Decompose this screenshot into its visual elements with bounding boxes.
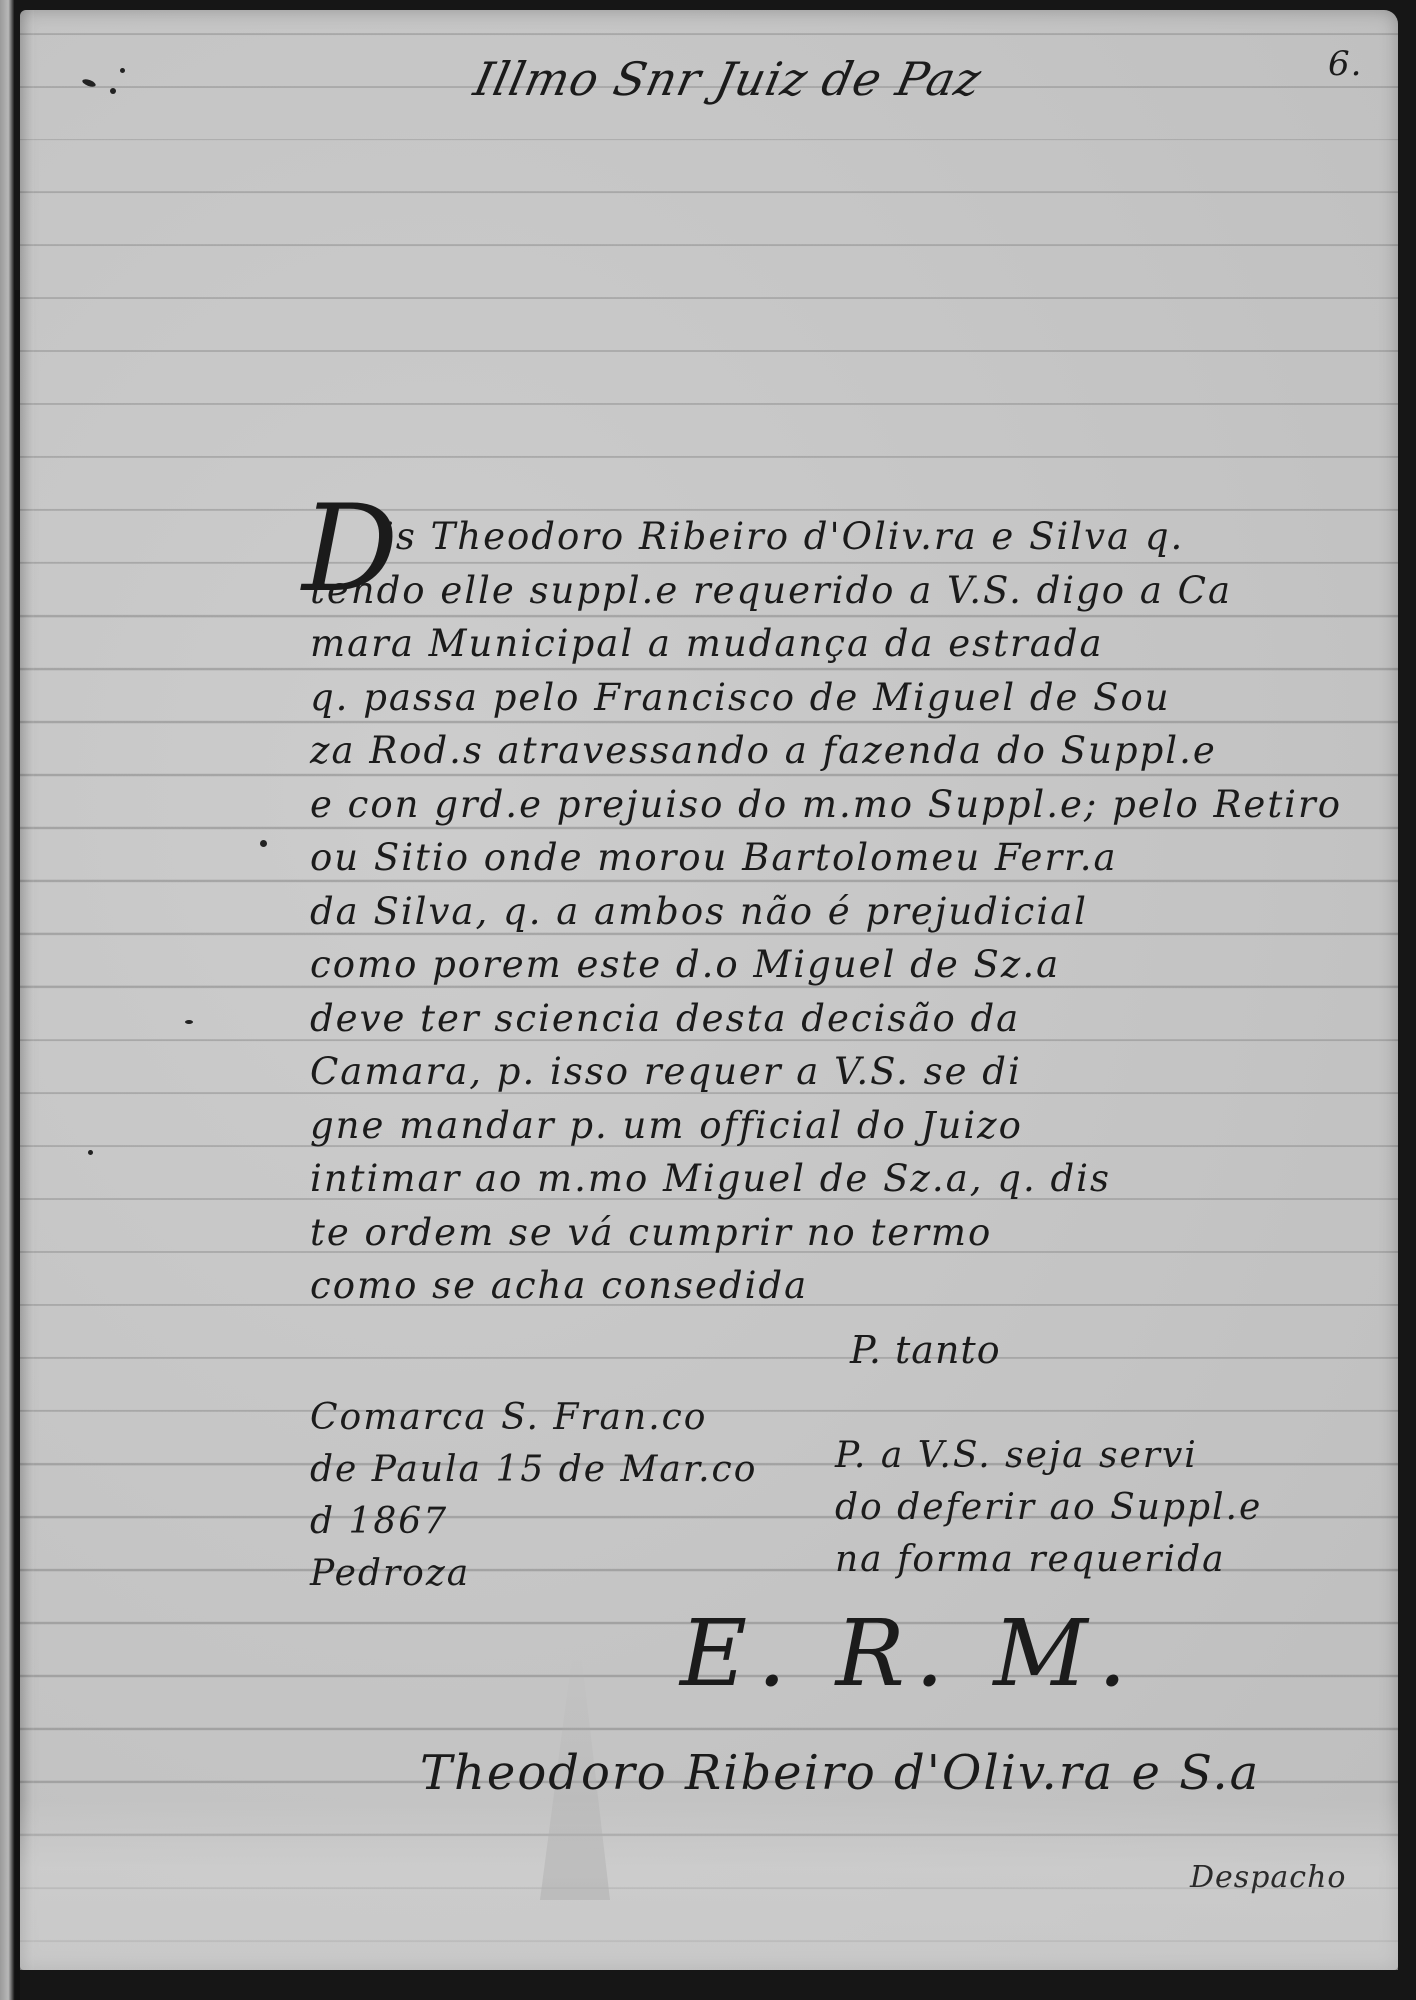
petitioner-signature: Theodoro Ribeiro d'Oliv.ra e S.a bbox=[420, 1745, 1260, 1801]
body-line: gne mandar p. um official do Juizo bbox=[310, 1099, 1400, 1153]
request-block: P. a V.S. seja servi do deferir ao Suppl… bbox=[835, 1430, 1262, 1586]
place-date-block: Comarca S. Fran.co de Paula 15 de Mar.co… bbox=[310, 1392, 757, 1600]
ink-speck bbox=[185, 1020, 193, 1024]
body-line: tendo elle suppl.e requerido a V.S. digo… bbox=[310, 564, 1400, 618]
body-line: Camara, p. isso requer a V.S. se di bbox=[310, 1045, 1400, 1099]
request-line: do deferir ao Suppl.e bbox=[835, 1482, 1262, 1534]
body-line: is Theodoro Ribeiro d'Oliv.ra e Silva q. bbox=[310, 510, 1400, 564]
body-line: deve ter sciencia desta decisão da bbox=[310, 992, 1400, 1046]
request-line: P. a V.S. seja servi bbox=[835, 1430, 1262, 1482]
ink-speck bbox=[260, 840, 267, 847]
body-line: da Silva, q. a ambos não é prejudicial bbox=[310, 885, 1400, 939]
scanned-page: Illmo Snr Juiz de Paz 6. D is Theodoro R… bbox=[0, 0, 1416, 2000]
place-line: Comarca S. Fran.co bbox=[310, 1392, 757, 1444]
ink-speck bbox=[88, 1150, 93, 1155]
body-line: q. passa pelo Francisco de Miguel de Sou bbox=[310, 671, 1400, 725]
drop-cap: D bbox=[302, 490, 398, 610]
ink-speck bbox=[110, 88, 116, 94]
closing-phrase: P. tanto bbox=[850, 1328, 1001, 1372]
body-line: intimar ao m.mo Miguel de Sz.a, q. dis bbox=[310, 1152, 1400, 1206]
date-line: de Paula 15 de Mar.co bbox=[310, 1444, 757, 1496]
body-line: como porem este d.o Miguel de Sz.a bbox=[310, 938, 1400, 992]
adjacent-page-edge bbox=[0, 0, 14, 2000]
request-line: na forma requerida bbox=[835, 1534, 1262, 1586]
petition-body: D is Theodoro Ribeiro d'Oliv.ra e Silva … bbox=[310, 510, 1400, 1313]
body-line: ou Sitio onde morou Bartolomeu Ferr.a bbox=[310, 831, 1400, 885]
body-line: te ordem se vá cumprir no termo bbox=[310, 1206, 1400, 1260]
ink-speck bbox=[120, 68, 125, 73]
body-line: mara Municipal a mudança da estrada bbox=[310, 617, 1400, 671]
body-line: como se acha consedida bbox=[310, 1259, 1400, 1313]
folio-number: 6. bbox=[1328, 44, 1362, 84]
document-heading: Illmo Snr Juiz de Paz bbox=[469, 52, 986, 106]
manuscript-paper: Illmo Snr Juiz de Paz 6. D is Theodoro R… bbox=[20, 10, 1398, 1970]
body-line: za Rod.s atravessando a fazenda do Suppl… bbox=[310, 724, 1400, 778]
erm-formula: E. R. M. bbox=[680, 1600, 1137, 1707]
ink-speck bbox=[81, 78, 96, 88]
clerk-note: Despacho bbox=[1190, 1860, 1346, 1895]
scribe-name: Pedroza bbox=[310, 1548, 757, 1600]
body-line: e con grd.e prejuiso do m.mo Suppl.e; pe… bbox=[310, 778, 1400, 832]
year-line: d 1867 bbox=[310, 1496, 757, 1548]
